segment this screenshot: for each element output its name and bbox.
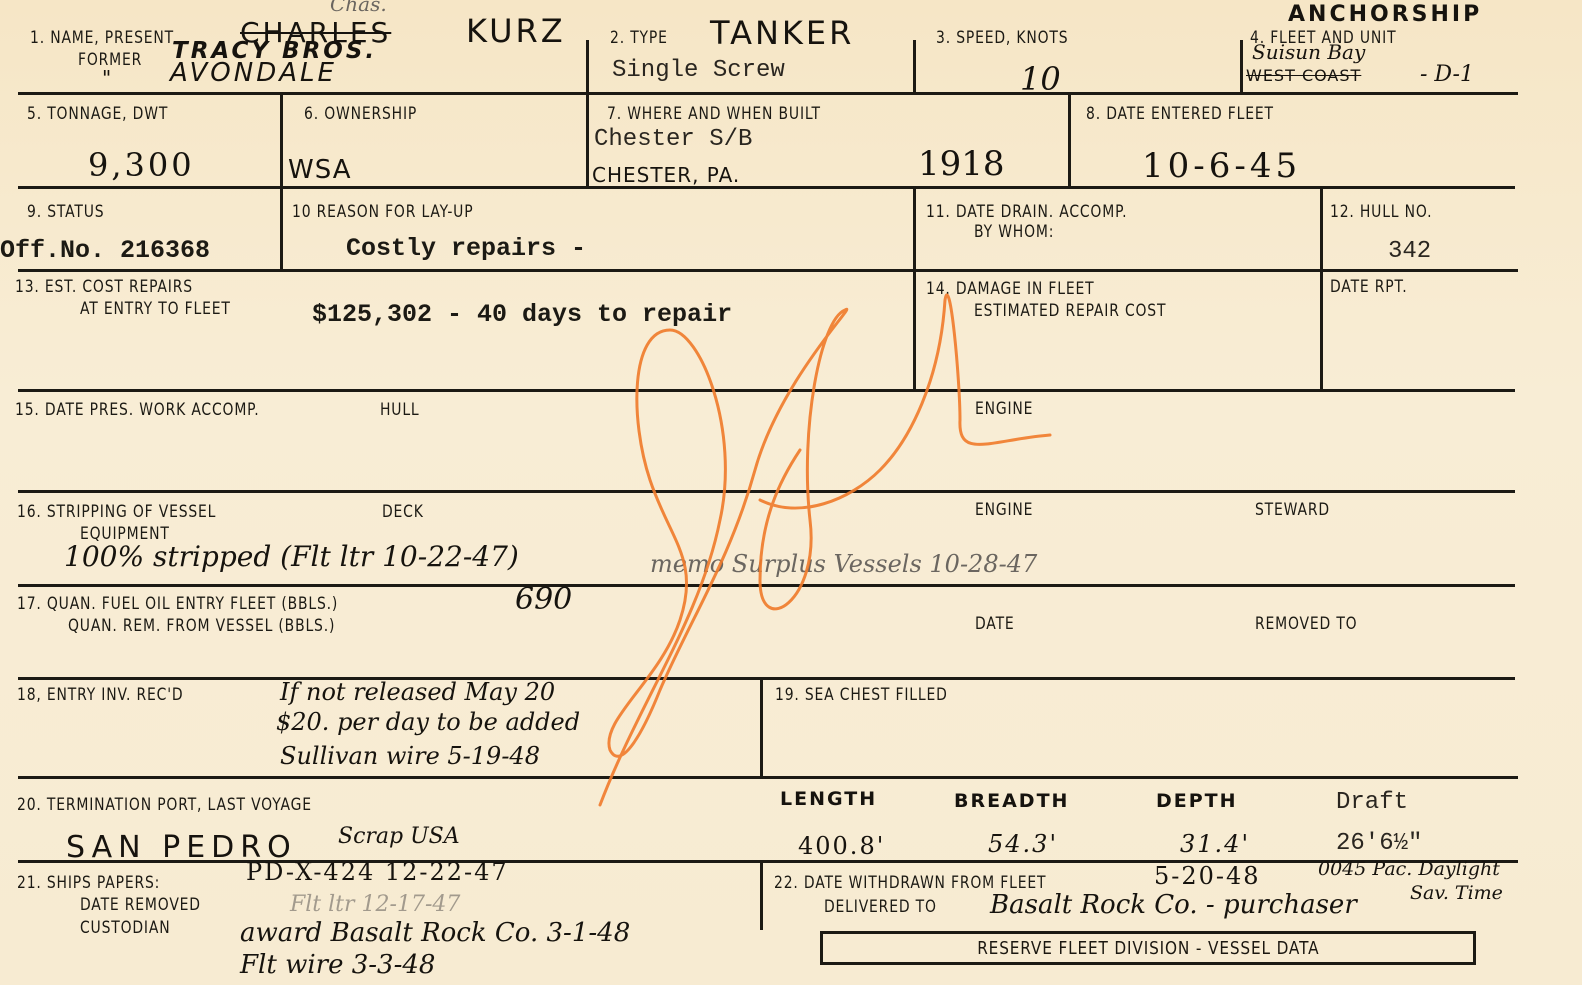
rule-row5 (18, 490, 1515, 493)
draft-value: 26'6½" (1336, 830, 1422, 857)
date-removed-value: Flt ltr 12-17-47 (290, 892, 460, 917)
label-draft: Draft (1336, 789, 1408, 816)
label-ownership: 6. OWNERSHIP (304, 104, 417, 124)
status-value: Off.No. 216368 (0, 236, 210, 265)
fleet-value-1: Suisun Bay (1252, 40, 1365, 64)
label-date-pres-work: 15. DATE PRES. WORK ACCOMP. (15, 400, 259, 420)
entry-inv-line-2: $20. per day to be added (276, 708, 580, 736)
label-reason-layup: 10 REASON FOR LAY-UP (292, 202, 473, 222)
rule (913, 40, 916, 92)
est-cost-value: $125,302 - 40 days to repair (312, 300, 732, 329)
stripping-pencil-note: memo Surplus Vessels 10-28-47 (650, 550, 1037, 578)
label-damage-1: 14. DAMAGE IN FLEET (926, 279, 1094, 299)
rule (760, 860, 763, 930)
label-stripping-1: 16. STRIPPING OF VESSEL (17, 502, 216, 522)
rule (760, 677, 763, 777)
card-title-box: RESERVE FLEET DIVISION - VESSEL DATA (820, 931, 1476, 965)
entry-inv-line-1: If not released May 20 (280, 678, 555, 706)
name-present-surname: KURZ (466, 12, 566, 50)
label-date-drain: 11. DATE DRAIN. ACCOMP. (926, 202, 1127, 222)
rule-row7 (18, 677, 1515, 680)
date-withdrawn-value: 5-20-48 (1154, 862, 1261, 890)
label-hull-no: 12. HULL NO. (1330, 202, 1432, 222)
entry-inv-line-3: Sullivan wire 5-19-48 (280, 742, 540, 770)
fleet-note-anchorship: ANCHORSHIP (1288, 2, 1482, 27)
stripping-value: 100% stripped (Flt ltr 10-22-47) (64, 540, 519, 573)
label-engine-15: ENGINE (975, 399, 1033, 419)
label-deck: DECK (382, 502, 424, 522)
label-type: 2. TYPE (610, 28, 668, 48)
label-date-removed: DATE REMOVED (80, 895, 201, 915)
termination-port-note: Scrap USA (338, 824, 460, 849)
label-hull: HULL (380, 400, 420, 420)
rule (913, 186, 916, 392)
vessel-data-card: 1. NAME, PRESENT FORMER Chas. CHARLES KU… (0, 0, 1582, 985)
breadth-value: 54.3' (988, 830, 1058, 858)
label-est-cost-1: 13. EST. COST REPAIRS (15, 277, 193, 297)
label-fuel-oil-2: QUAN. REM. FROM VESSEL (BBLS.) (68, 616, 335, 636)
fleet-unit: - D-1 (1420, 62, 1474, 87)
rule-row1 (18, 92, 1518, 95)
label-termination-port: 20. TERMINATION PORT, LAST VOYAGE (17, 795, 312, 815)
depth-value: 31.4' (1180, 830, 1250, 858)
name-former-2: AVONDALE (170, 58, 337, 88)
label-entry-inv: 18, ENTRY INV. REC'D (17, 685, 183, 705)
label-date-17: DATE (975, 614, 1015, 634)
rule-row4 (18, 389, 1515, 392)
rule-row2 (18, 186, 1515, 189)
label-engine-16: ENGINE (975, 500, 1033, 520)
ships-papers-value: PD-X-424 12-22-47 (246, 858, 509, 886)
name-abbrev: Chas. (330, 0, 387, 16)
label-steward: STEWARD (1255, 500, 1330, 520)
label-breadth: BREADTH (954, 790, 1069, 812)
label-date-entered: 8. DATE ENTERED FLEET (1086, 104, 1274, 124)
speed-value: 10 (1020, 60, 1061, 98)
card-title: RESERVE FLEET DIVISION - VESSEL DATA (977, 938, 1319, 959)
label-est-cost-2: AT ENTRY TO FLEET (80, 299, 231, 319)
rule (1320, 186, 1323, 392)
rule-row3 (18, 269, 1518, 272)
ownership-value: WSA (288, 155, 351, 185)
rule-row8 (18, 776, 1518, 779)
label-sea-chest: 19. SEA CHEST FILLED (775, 685, 948, 705)
rule (586, 94, 589, 186)
label-delivered-to: DELIVERED TO (824, 897, 937, 917)
name-former-ditto: " (102, 66, 114, 90)
rule (1068, 94, 1071, 186)
label-speed: 3. SPEED, KNOTS (936, 28, 1068, 48)
label-where-built: 7. WHERE AND WHEN BUILT (607, 104, 821, 124)
rule (1240, 40, 1243, 92)
rule (586, 40, 589, 92)
date-withdrawn-time-2: Sav. Time (1410, 882, 1503, 904)
label-status: 9. STATUS (27, 202, 104, 222)
label-by-whom: BY WHOM: (974, 222, 1054, 242)
label-name-present: 1. NAME, PRESENT (30, 28, 174, 48)
delivered-to-value: Basalt Rock Co. - purchaser (990, 890, 1357, 920)
date-entered-value: 10-6-45 (1142, 146, 1301, 186)
length-value: 400.8' (798, 832, 885, 860)
rule-row6 (18, 584, 1515, 587)
label-damage-2: ESTIMATED REPAIR COST (974, 301, 1166, 321)
rule (280, 94, 283, 269)
label-ships-papers: 21. SHIPS PAPERS: (17, 873, 160, 893)
built-year: 1918 (918, 144, 1005, 184)
label-length: LENGTH (780, 788, 877, 810)
hull-no-value: 342 (1388, 238, 1431, 265)
label-fuel-oil-1: 17. QUAN. FUEL OIL ENTRY FLEET (BBLS.) (17, 594, 338, 614)
label-date-rpt: DATE RPT. (1330, 277, 1407, 297)
custodian-value-2: Flt wire 3-3-48 (240, 950, 435, 980)
built-place: CHESTER, PA. (592, 163, 740, 187)
label-removed-to: REMOVED TO (1255, 614, 1357, 634)
fuel-oil-value: 690 (515, 582, 572, 617)
date-withdrawn-time: 0045 Pac. Daylight (1318, 858, 1500, 880)
label-tonnage: 5. TONNAGE, DWT (27, 104, 168, 124)
label-depth: DEPTH (1156, 790, 1238, 812)
type-value: TANKER (710, 14, 854, 52)
label-custodian: CUSTODIAN (80, 918, 170, 938)
built-builder: Chester S/B (594, 126, 752, 153)
type-subtype: Single Screw (612, 57, 785, 84)
custodian-value: award Basalt Rock Co. 3-1-48 (240, 918, 630, 948)
fleet-value-2-struck: WEST COAST (1246, 66, 1361, 85)
tonnage-value: 9,300 (88, 146, 195, 184)
reason-layup-value: Costly repairs - (346, 234, 586, 263)
